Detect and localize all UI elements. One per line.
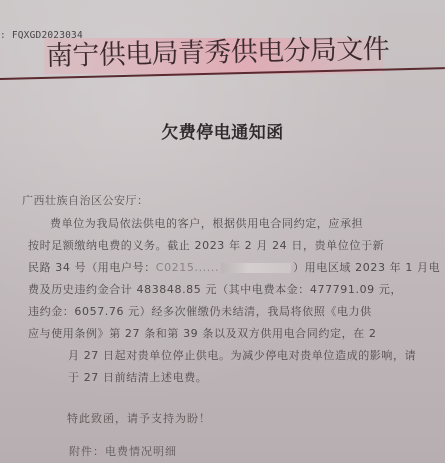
attachment-line: 附件：电费情况明细 <box>69 443 177 459</box>
body-line-part: 民路 34 号（用电户号： <box>28 261 156 274</box>
account-number-partial: C0215...... <box>156 261 219 274</box>
document-number-prefix: : <box>0 30 6 41</box>
masthead-title: 南宁供电局青秀供电分局文件 <box>46 33 390 74</box>
body-text: 费单位为我局依法供电的客户，根据供用电合同约定，应承担 按时足额缴纳电费的义务。… <box>28 213 408 389</box>
document-title: 欠费停电通知函 <box>0 118 445 143</box>
redacted-account-number <box>221 263 291 273</box>
body-line: 按时足额缴纳电费的义务。截止 2023 年 2 月 24 日，贵单位位于新 <box>28 235 408 257</box>
body-line: 于 27 日前结清上述电费。 <box>28 367 408 389</box>
addressee: 广西壮族自治区公安厅： <box>22 192 149 208</box>
body-line: 费单位为我局依法供电的客户，根据供用电合同约定，应承担 <box>28 213 408 235</box>
body-line-account: 民路 34 号（用电户号：C0215......）用电区域 2023 年 1 月… <box>28 257 408 279</box>
document-paper: : FQXGD2023034 南宁供电局青秀供电分局文件 欠费停电通知函 广西壮… <box>0 0 445 463</box>
body-line: 月 27 日起对贵单位停止供电。为减少停电对贵单位造成的影响，请 <box>28 345 408 367</box>
body-line: 违约金：6057.76 元）经多次催缴仍未结清，我局将依照《电力供 <box>28 301 408 323</box>
body-line: 应与使用条例》第 27 条和第 39 条以及双方供用电合同约定，在 2 <box>28 323 408 345</box>
body-line: 费及历史违约金合计 483848.85 元（其中电费本金：477791.09 元… <box>28 279 408 301</box>
body-line-part: ）用电区域 2023 年 1 月电 <box>293 261 440 274</box>
closing-line: 特此致函，请予支持为盼！ <box>67 410 211 426</box>
